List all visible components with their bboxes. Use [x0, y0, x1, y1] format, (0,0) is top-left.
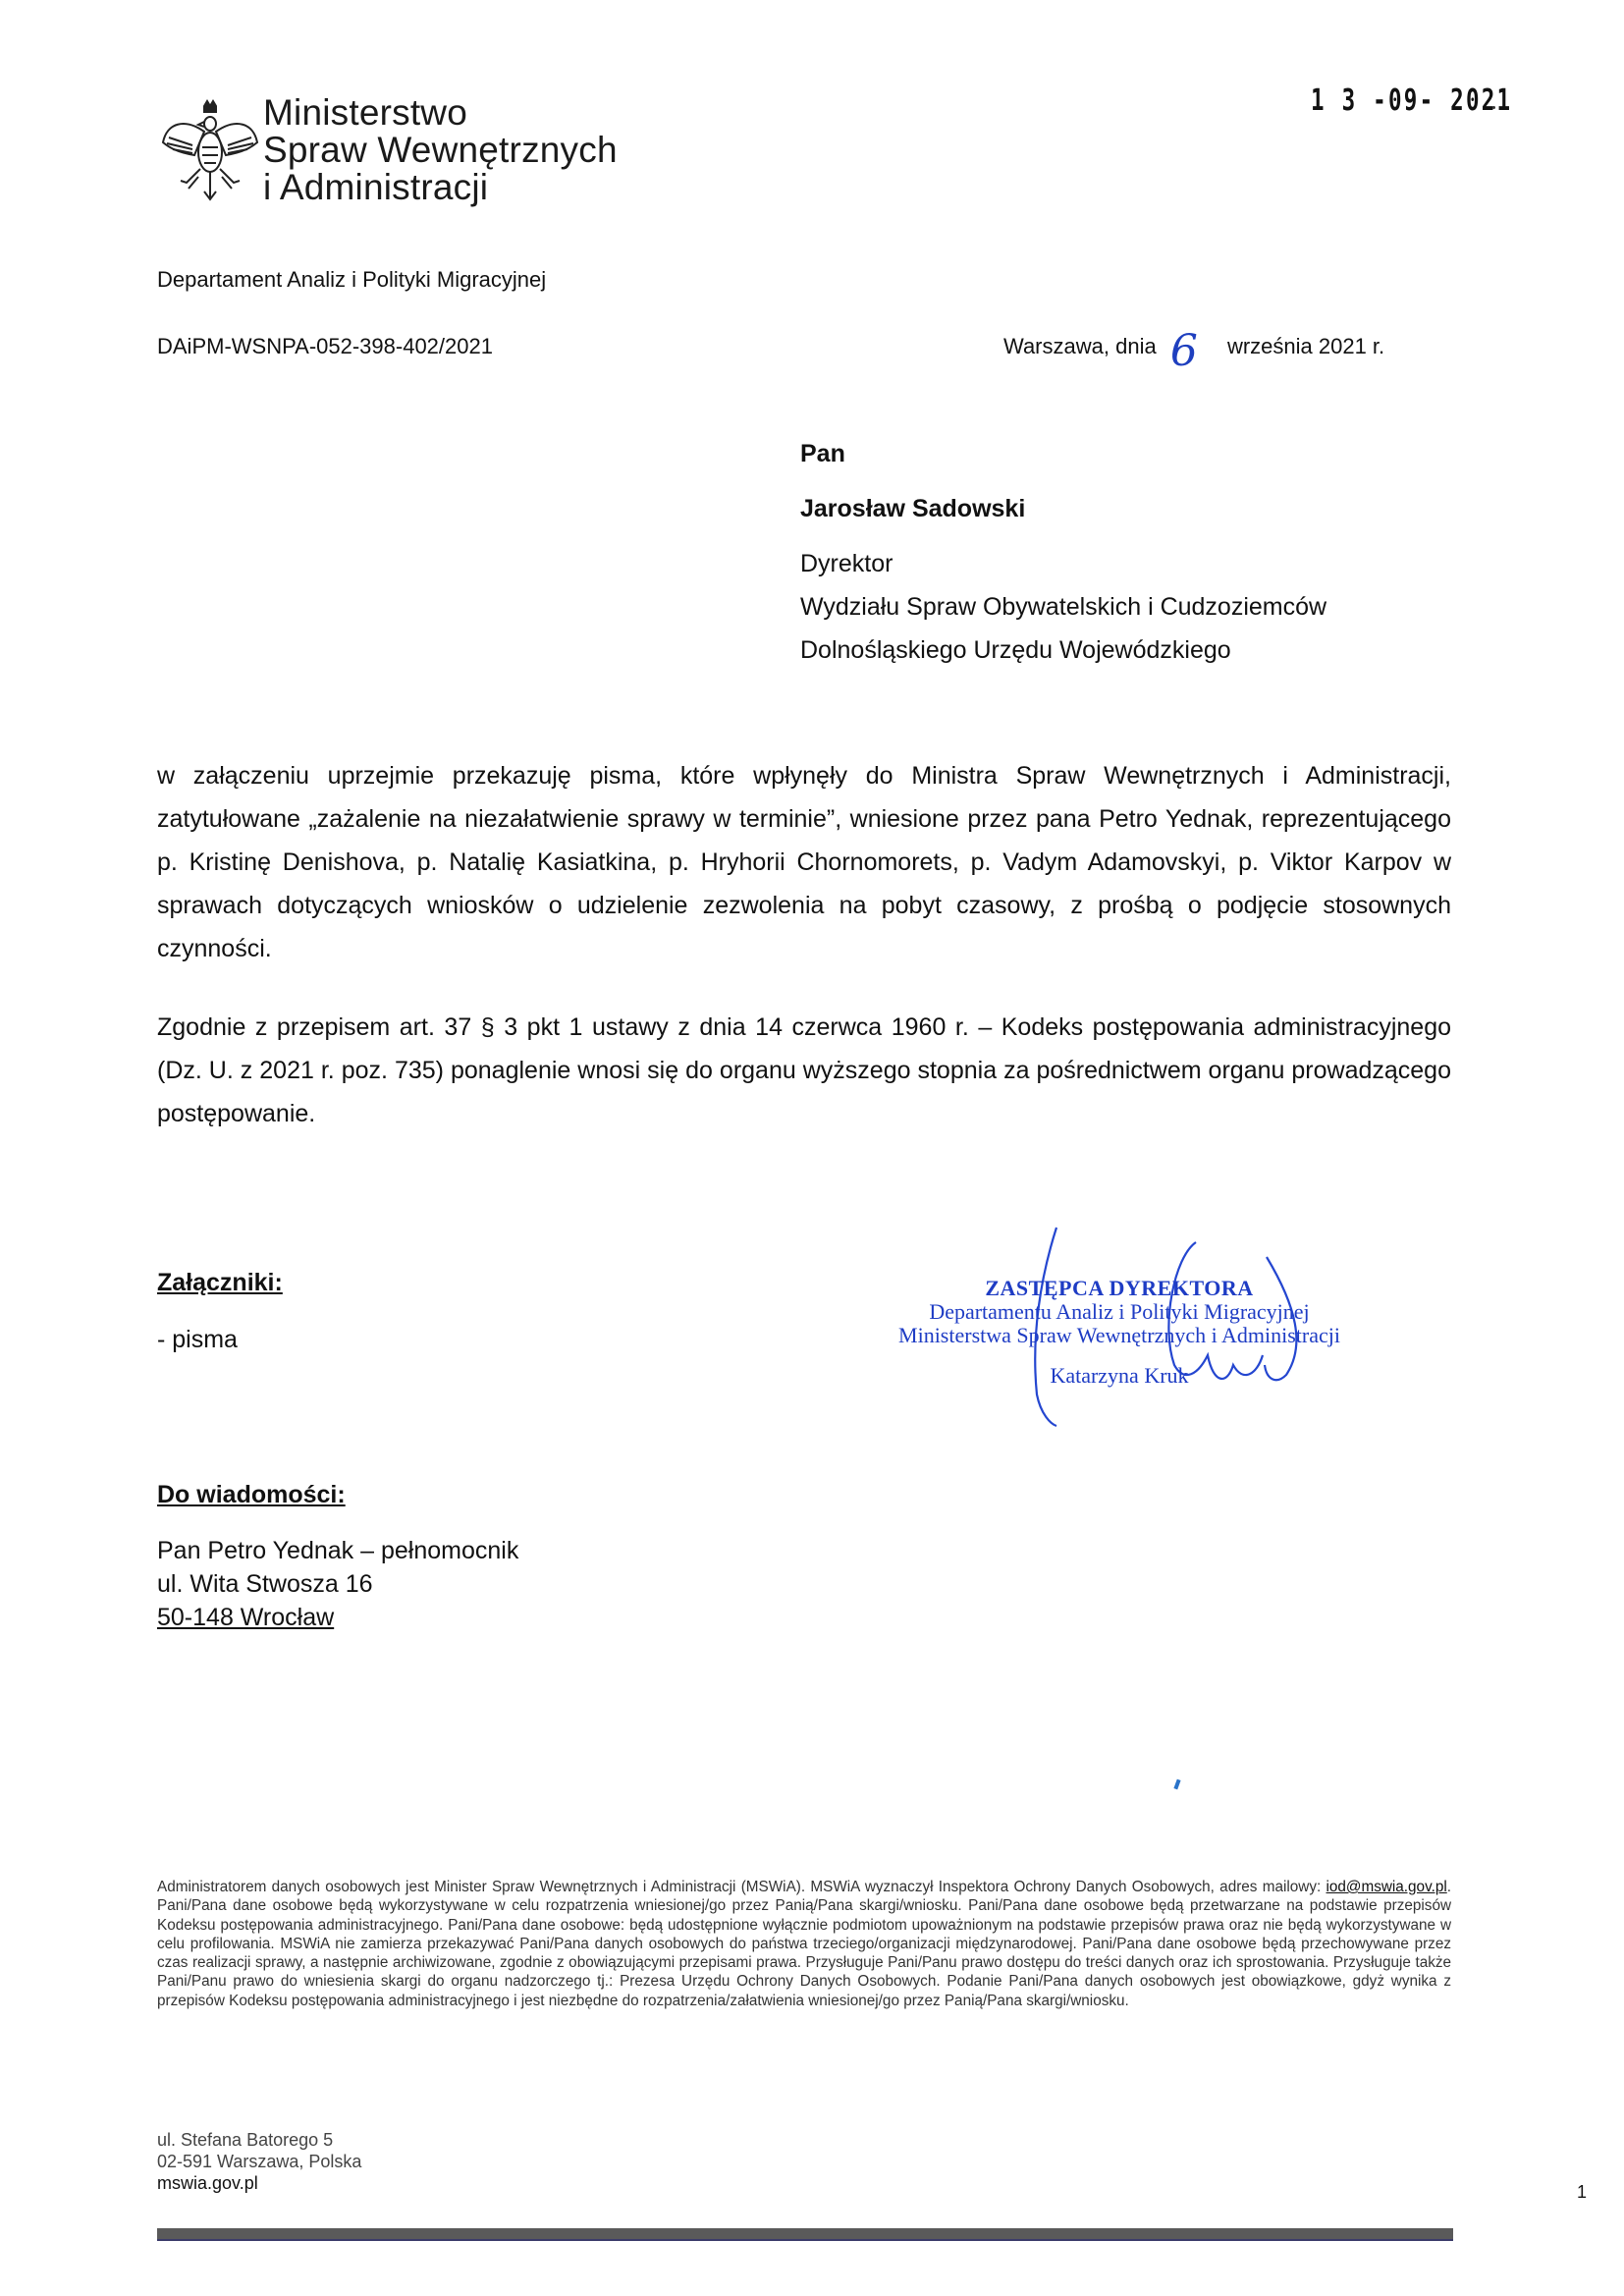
- signatory-name: Katarzyna Kruk: [884, 1363, 1355, 1389]
- ministry-brand: Ministerstwo Spraw Wewnętrznych i Admini…: [263, 94, 618, 206]
- signatory-department: Departamentu Analiz i Polityki Migracyjn…: [884, 1300, 1355, 1324]
- addressee-unit-1: Wydziału Spraw Obywatelskich i Cudzoziem…: [800, 585, 1326, 629]
- addressee-name: Jarosław Sadowski: [800, 487, 1326, 530]
- place-suffix: września 2021 r.: [1227, 334, 1384, 358]
- footer-divider-bar: [157, 2228, 1453, 2241]
- footer-address: ul. Stefana Batorego 5 02-591 Warszawa, …: [157, 2129, 361, 2194]
- brand-line-2: Spraw Wewnętrznych: [263, 132, 618, 169]
- dpo-email-link[interactable]: iod@mswia.gov.pl: [1326, 1879, 1447, 1895]
- attachments-heading: Załączniki:: [157, 1269, 283, 1297]
- footer-city: 02-591 Warszawa, Polska: [157, 2151, 361, 2172]
- cc-heading: Do wiadomości:: [157, 1481, 346, 1509]
- reference-number: DAiPM-WSNPA-052-398-402/2021: [157, 334, 493, 359]
- addressee-block: Pan Jarosław Sadowski Dyrektor Wydziału …: [800, 432, 1326, 672]
- page-number: 1: [1577, 2182, 1587, 2203]
- department-name: Departament Analiz i Polityki Migracyjne…: [157, 267, 546, 293]
- cc-line-3: 50-148 Wrocław: [157, 1601, 518, 1634]
- signatory-ministry: Ministerstwa Spraw Wewnętrznych i Admini…: [884, 1324, 1355, 1347]
- addressee-position: Dyrektor: [800, 542, 1326, 585]
- addressee-unit-2: Dolnośląskiego Urzędu Wojewódzkiego: [800, 629, 1326, 672]
- signature-stamp: ZASTĘPCA DYREKTORA Departamentu Analiz i…: [884, 1277, 1355, 1389]
- body-paragraph-2: Zgodnie z przepisem art. 37 § 3 pkt 1 us…: [157, 1006, 1451, 1135]
- signatory-title: ZASTĘPCA DYREKTORA: [884, 1277, 1355, 1300]
- stamp-mark: [1492, 106, 1495, 109]
- cc-line-2: ul. Wita Stwosza 16: [157, 1567, 518, 1601]
- coat-of-arms-icon: [155, 98, 263, 206]
- brand-line-3: i Administracji: [263, 169, 618, 206]
- footer-website[interactable]: mswia.gov.pl: [157, 2172, 361, 2194]
- cc-line-1: Pan Petro Yednak – pełnomocnik: [157, 1534, 518, 1567]
- addressee-salutation: Pan: [800, 432, 1326, 475]
- privacy-note: Administratorem danych osobowych jest Mi…: [157, 1878, 1451, 2010]
- ink-mark: [1173, 1779, 1180, 1790]
- received-date-stamp: 1 3 -09- 2021: [1311, 83, 1512, 118]
- footer-street: ul. Stefana Batorego 5: [157, 2129, 361, 2151]
- body-paragraph-1: w załączeniu uprzejmie przekazuję pisma,…: [157, 754, 1451, 970]
- cc-recipient: Pan Petro Yednak – pełnomocnik ul. Wita …: [157, 1534, 518, 1634]
- attachment-item: - pisma: [157, 1326, 238, 1354]
- place-and-date: Warszawa, dnia 6 września 2021 r.: [1003, 334, 1384, 359]
- brand-line-1: Ministerstwo: [263, 94, 618, 132]
- place-prefix: Warszawa, dnia: [1003, 334, 1157, 358]
